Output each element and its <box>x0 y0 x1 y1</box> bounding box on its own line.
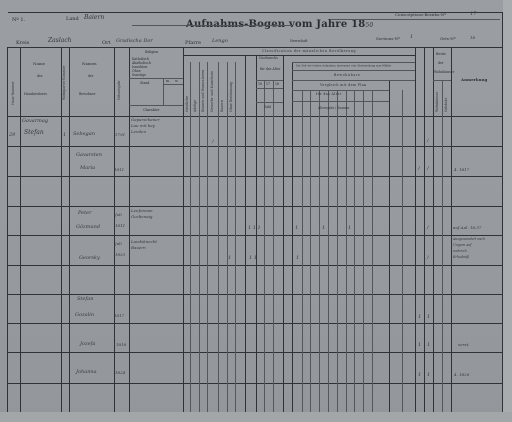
col-rule <box>199 62 200 412</box>
sub-rule <box>292 90 389 91</box>
charakter-header: Charakter <box>143 109 159 112</box>
haus-nr-header: Haus-Nummer <box>12 81 15 105</box>
nachwuchs-age: für das Alter <box>260 68 280 71</box>
classification-title: Classification der männlichen Bevölkerun… <box>262 50 356 53</box>
row-rule-4 <box>7 235 503 236</box>
geburtsjahr-header: Geburtsjahr <box>118 81 121 100</box>
row7-jahr: 1817 <box>114 314 124 318</box>
row8-bewohner: Jozefa <box>80 342 95 347</box>
vergleich-title: Vergleich mit dem Plan <box>320 84 366 87</box>
row1-jahr: 1791 <box>115 133 125 137</box>
row1-haus-nr: 29 <box>9 133 15 138</box>
row-rule-9 <box>7 383 503 384</box>
row2-mark: / <box>427 167 429 172</box>
row-rule-2 <box>7 176 503 177</box>
ort-label: Ort <box>102 41 111 46</box>
name-header-2: des <box>37 75 43 78</box>
top-border <box>8 12 502 13</box>
col-rule <box>433 47 434 412</box>
class-col: Ohne Bestimmung <box>230 82 233 112</box>
conscription-label: Conscriptions-Bezirks-Nº <box>395 13 446 17</box>
row8-anmerkung: verst. <box>458 343 469 347</box>
row1-charakter-2: Lau mit bey <box>131 124 155 128</box>
row1-mark: / <box>427 139 429 144</box>
row5-mark: 1 1 <box>249 256 257 261</box>
class-col: Geistliche <box>186 96 189 112</box>
row5-charakter-2: Bauern <box>131 246 146 250</box>
row1-charakter-1: Gaparschaner <box>131 118 160 122</box>
nachwuchs-zahl: Zahl <box>264 106 271 109</box>
land-value: Baiern <box>84 15 104 21</box>
col-rule <box>402 90 403 412</box>
besitz-title-3: Wohnhäuser <box>434 71 454 74</box>
paper-edge <box>503 0 512 422</box>
col-rule <box>20 47 21 412</box>
bewohner-header-2: der <box>88 75 93 78</box>
conscription-rule <box>330 19 500 20</box>
col-rule <box>256 55 257 412</box>
row4-mark: 1 1 1 <box>248 226 261 231</box>
row9-jahr: 1824 <box>115 371 125 375</box>
religion-title: Religion <box>145 51 158 54</box>
row9-mark: 1 <box>427 373 430 378</box>
ages2-footer: Altersjahr / Summe <box>318 107 349 110</box>
row1-bewohner: Sebegan <box>73 132 95 137</box>
row1-charakter-3: Lenden <box>131 130 146 134</box>
name-header-3: Hausbesitzers <box>24 93 47 96</box>
paper-bottom-edge <box>0 412 512 422</box>
row9-mark: 1 <box>418 373 421 378</box>
row5-anmerkung-3: wahrsch. <box>453 250 468 253</box>
table-left-border <box>7 47 8 414</box>
row8-jahr: 1818 <box>116 343 126 347</box>
sections-label: Sections-Nº <box>376 37 400 41</box>
header-bottom-rule <box>7 116 503 117</box>
census-form-sheet: Nº 1. Land Baiern Aufnahms-Bogen vom Jah… <box>0 0 512 422</box>
row1-mark: / <box>212 140 214 145</box>
bewohner-header-1: Namen <box>82 62 97 66</box>
col-rule <box>415 47 416 412</box>
sub-rule <box>256 88 283 89</box>
col-rule <box>354 90 355 412</box>
class-col: Beamte und Honoratioren <box>202 70 205 112</box>
col-rule <box>283 55 284 412</box>
row5-jahr-1: Juli <box>115 242 122 246</box>
row-rule-6 <box>7 294 503 295</box>
besitz-title-2: der <box>438 62 443 65</box>
row4-mark: 1 <box>322 226 325 231</box>
row4-anmerkung: auf Anl. 18.57 <box>453 226 481 230</box>
col-rule <box>190 62 191 412</box>
religion-row: Sonstige <box>132 74 146 77</box>
col-rule <box>389 80 390 412</box>
sub-rule <box>256 102 283 103</box>
row5-mark: 1 <box>228 256 231 261</box>
col-rule <box>129 47 130 412</box>
row5-anmerkung-1: Ausgewandert nach <box>453 238 485 241</box>
row-rule-5 <box>7 265 503 266</box>
row7-mark: 1 <box>427 315 430 320</box>
row-rule-1 <box>7 146 503 147</box>
sub-rule <box>292 101 389 102</box>
row5-anmerkung-2: Ungarn auf <box>453 244 471 247</box>
form-number: Nº 1. <box>12 18 25 23</box>
pfarre-label: Pfarre <box>185 41 201 46</box>
col-rule <box>235 62 236 412</box>
row5-anmerkung-4: Erlaubniß <box>453 256 469 259</box>
sub-rule <box>256 80 283 81</box>
land-label: Land <box>66 17 79 22</box>
year-suffix: 50 <box>365 22 373 29</box>
row4-bewohner-1: Peter <box>78 211 91 216</box>
row7-bewohner-1: Stefan <box>77 297 93 302</box>
class-col: Gewerbs- und Kunstleute <box>211 71 214 112</box>
col-rule <box>61 47 62 412</box>
row1-besitzer-2: Stefan <box>24 130 44 136</box>
row5-mark: 1 <box>296 256 299 261</box>
col-rule <box>114 47 115 412</box>
col-rule <box>451 47 452 412</box>
row2-anmerkung: 4. 1817 <box>454 168 469 172</box>
nachwuchs-age-17: 17 <box>266 83 270 86</box>
row4-mark-b: / <box>427 226 429 231</box>
row5-mark-b: / <box>427 256 429 261</box>
col-rule <box>227 62 228 412</box>
nachwuchs-age-16: 16 <box>258 83 262 86</box>
col-rule <box>183 47 184 412</box>
col-rule <box>442 80 443 412</box>
row1-partei: 1 <box>63 133 66 138</box>
row9-anmerkung: 4. 1826 <box>454 373 469 377</box>
row8-mark: 1 <box>418 343 421 348</box>
row4-charakter-2: Gozbenaig <box>131 215 152 219</box>
classification-rule <box>183 55 415 56</box>
col-rule <box>302 90 303 412</box>
religion-rule <box>163 78 164 105</box>
row7-mark: 1 <box>418 315 421 320</box>
row2-bewohner-2: Maria <box>80 166 95 171</box>
row2-jahr: 1811 <box>114 168 124 172</box>
sub-rule <box>433 80 451 81</box>
col-rule <box>264 80 265 412</box>
col-rule <box>245 55 246 412</box>
row2-mark: / <box>418 167 420 172</box>
row4-mark: 1 <box>295 226 298 231</box>
row8-mark: 1 <box>427 343 430 348</box>
class-col: Bauern <box>221 100 224 112</box>
row4-mark: 1 <box>348 226 351 231</box>
row5-jahr-2: 1833 <box>115 253 125 257</box>
religion-w: w. <box>175 80 178 83</box>
row5-bewohner: Georsky <box>79 256 100 261</box>
col-rule <box>337 90 338 412</box>
name-header-1: Name <box>33 62 45 66</box>
row2-bewohner-1: Gavarsten <box>76 153 102 158</box>
col-rule <box>310 90 311 412</box>
sub-rule <box>292 62 415 63</box>
wohnpartei-header: Wohnpartei-Nummer <box>63 66 66 100</box>
col-rule <box>346 90 347 412</box>
col-rule <box>372 90 373 412</box>
sections-value: 1 <box>410 35 413 40</box>
col-rule <box>207 62 208 412</box>
orts-label: Orts-Nº <box>440 37 456 41</box>
col-rule <box>319 90 320 412</box>
col-rule <box>328 90 329 412</box>
row4-charakter-1: Lenfonnan <box>131 209 153 213</box>
bewohnbare-title: Bewohnbare <box>334 74 360 77</box>
row-rule-7 <box>7 323 503 324</box>
row4-jahr-1: Juli <box>115 213 122 217</box>
col-rule <box>292 62 293 412</box>
herrschaft-label: Herrschaft <box>290 40 308 43</box>
nachwuchs-age-18: 18 <box>275 83 279 86</box>
age-head-2: für das Alter <box>316 93 342 96</box>
title-rule <box>132 25 292 26</box>
col-rule <box>424 47 425 412</box>
nachwuchs-title: Nachwuchs <box>259 57 278 60</box>
col-rule <box>273 80 274 412</box>
row4-jahr-2: 1811 <box>115 224 125 228</box>
row4-bewohner-2: Gözmund <box>76 225 100 230</box>
ort-value: Gradischa Dor <box>116 39 153 44</box>
sub-rule <box>292 80 415 81</box>
religion-rule <box>129 105 183 106</box>
kreis-label: Kreis <box>16 41 29 46</box>
religion-m: m. <box>166 80 170 83</box>
col-rule <box>363 90 364 412</box>
religion-stand: Stand <box>140 82 149 85</box>
col-rule <box>69 47 70 412</box>
table-top-border <box>7 47 503 48</box>
besitz-sub-2: Gebäude <box>445 98 448 112</box>
kreis-value: Zaslach <box>48 38 72 44</box>
pfarre-value: Lengo <box>212 39 228 44</box>
religion-rule <box>163 84 183 85</box>
row5-charakter-1: Landsknecht <box>131 240 157 244</box>
orts-value: 18 <box>470 36 475 40</box>
bewohner-header-3: Bewohner <box>79 93 95 96</box>
class-col: Adelige <box>194 100 197 112</box>
row-rule-8 <box>7 352 503 353</box>
sub-rule <box>292 70 415 71</box>
anmerkung-header: Anmerkung <box>461 78 487 82</box>
besitz-sub-1: Wohnhäuser <box>436 92 439 112</box>
row7-bewohner-2: Gozalin <box>75 313 94 318</box>
col-rule <box>218 62 219 412</box>
row9-bewohner: Johanna <box>76 370 97 375</box>
militaer-title: Zur Zeit der letzten Aufnahme, abwesend … <box>296 65 391 68</box>
besitz-title-1: Besitz <box>436 53 446 56</box>
row1-besitzer-1: Gavarmag <box>22 119 48 124</box>
row-rule-3 <box>7 206 503 207</box>
